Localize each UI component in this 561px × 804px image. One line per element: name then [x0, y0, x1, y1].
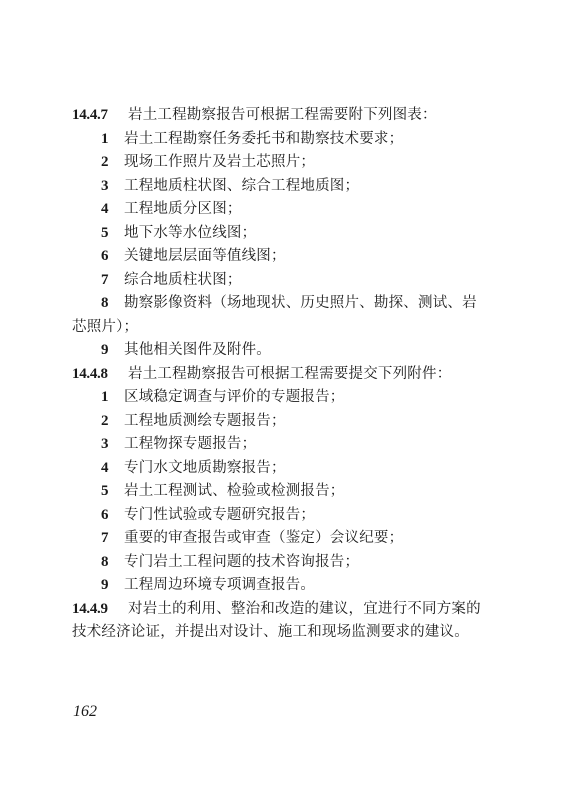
item-text: 关键地层层面等值线图；: [124, 248, 286, 264]
list-item: 4工程地质分区图；: [72, 198, 492, 222]
item-number: 8: [101, 292, 124, 316]
item-text-continuation: 芯照片）；: [72, 319, 138, 335]
list-item: 3工程地质柱状图、综合工程地质图；: [72, 175, 492, 199]
item-text: 专门水文地质勘察报告；: [124, 460, 286, 476]
item-text: 工程地质测绘专题报告；: [124, 413, 286, 429]
clause-heading-14-4-7: 14.4.7岩土工程勘察报告可根据工程需要附下列图表：: [72, 104, 492, 128]
list-item: 2现场工作照片及岩土芯照片；: [72, 151, 492, 175]
list-item: 6关键地层层面等值线图；: [72, 245, 492, 269]
item-number: 2: [101, 151, 124, 175]
clause-title: 岩土工程勘察报告可根据工程需要提交下列附件：: [128, 366, 451, 382]
clause-title: 岩土工程勘察报告可根据工程需要附下列图表：: [128, 107, 437, 123]
item-text: 工程地质分区图；: [124, 201, 242, 217]
item-text: 区域稳定调查与评价的专题报告；: [124, 389, 345, 405]
list-item: 5地下水等水位线图；: [72, 222, 492, 246]
clause-continuation: 技术经济论证，并提出对设计、施工和现场监测要求的建议。: [72, 621, 492, 645]
item-number: 5: [101, 222, 124, 246]
list-item: 1岩土工程勘察任务委托书和勘察技术要求；: [72, 128, 492, 152]
item-text: 综合地质柱状图；: [124, 272, 242, 288]
document-page: 14.4.7岩土工程勘察报告可根据工程需要附下列图表： 1岩土工程勘察任务委托书…: [0, 0, 561, 804]
clause-text-continuation: 技术经济论证，并提出对设计、施工和现场监测要求的建议。: [72, 624, 469, 640]
list-item: 9其他相关图件及附件。: [72, 339, 492, 363]
item-text: 重要的审查报告或审查（鉴定）会议纪要；: [124, 530, 403, 546]
item-number: 7: [101, 527, 124, 551]
list-item: 4专门水文地质勘察报告；: [72, 457, 492, 481]
item-number: 7: [101, 269, 124, 293]
clause-heading-14-4-9: 14.4.9对岩土的利用、整治和改造的建议，宜进行不同方案的: [72, 598, 492, 622]
list-item: 7重要的审查报告或审查（鉴定）会议纪要；: [72, 527, 492, 551]
item-number: 9: [101, 574, 124, 598]
list-item: 8专门岩土工程问题的技术咨询报告；: [72, 551, 492, 575]
item-number: 6: [101, 245, 124, 269]
item-text: 工程地质柱状图、综合工程地质图；: [124, 178, 359, 194]
list-item: 9工程周边环境专项调查报告。: [72, 574, 492, 598]
list-item: 2工程地质测绘专题报告；: [72, 410, 492, 434]
page-number: 162: [73, 703, 97, 721]
item-number: 1: [101, 386, 124, 410]
list-item: 5岩土工程测试、检验或检测报告；: [72, 480, 492, 504]
item-text: 其他相关图件及附件。: [124, 342, 271, 358]
list-item: 1区域稳定调查与评价的专题报告；: [72, 386, 492, 410]
item-number: 6: [101, 504, 124, 528]
item-number: 3: [101, 175, 124, 199]
item-text: 勘察影像资料（场地现状、历史照片、勘探、测试、岩: [124, 295, 477, 311]
item-number: 5: [101, 480, 124, 504]
item-number: 8: [101, 551, 124, 575]
item-number: 1: [101, 128, 124, 152]
item-text: 地下水等水位线图；: [124, 225, 256, 241]
item-text: 岩土工程测试、检验或检测报告；: [124, 483, 345, 499]
item-number: 3: [101, 433, 124, 457]
item-number: 4: [101, 198, 124, 222]
list-item-continuation: 芯照片）；: [72, 316, 492, 340]
item-text: 岩土工程勘察任务委托书和勘察技术要求；: [124, 131, 403, 147]
clause-number: 14.4.8: [72, 363, 128, 387]
clause-heading-14-4-8: 14.4.8岩土工程勘察报告可根据工程需要提交下列附件：: [72, 363, 492, 387]
list-item: 3工程物探专题报告；: [72, 433, 492, 457]
item-text: 现场工作照片及岩土芯照片；: [124, 154, 315, 170]
clause-title: 对岩土的利用、整治和改造的建议，宜进行不同方案的: [128, 601, 481, 617]
clause-number: 14.4.7: [72, 104, 128, 128]
list-item: 6专门性试验或专题研究报告；: [72, 504, 492, 528]
item-number: 9: [101, 339, 124, 363]
page-content: 14.4.7岩土工程勘察报告可根据工程需要附下列图表： 1岩土工程勘察任务委托书…: [72, 104, 492, 645]
clause-number: 14.4.9: [72, 598, 128, 622]
item-number: 2: [101, 410, 124, 434]
item-text: 工程周边环境专项调查报告。: [124, 577, 315, 593]
item-text: 专门岩土工程问题的技术咨询报告；: [124, 554, 359, 570]
item-text: 专门性试验或专题研究报告；: [124, 507, 315, 523]
list-item: 7综合地质柱状图；: [72, 269, 492, 293]
list-item: 8勘察影像资料（场地现状、历史照片、勘探、测试、岩: [72, 292, 492, 316]
item-text: 工程物探专题报告；: [124, 436, 256, 452]
item-number: 4: [101, 457, 124, 481]
